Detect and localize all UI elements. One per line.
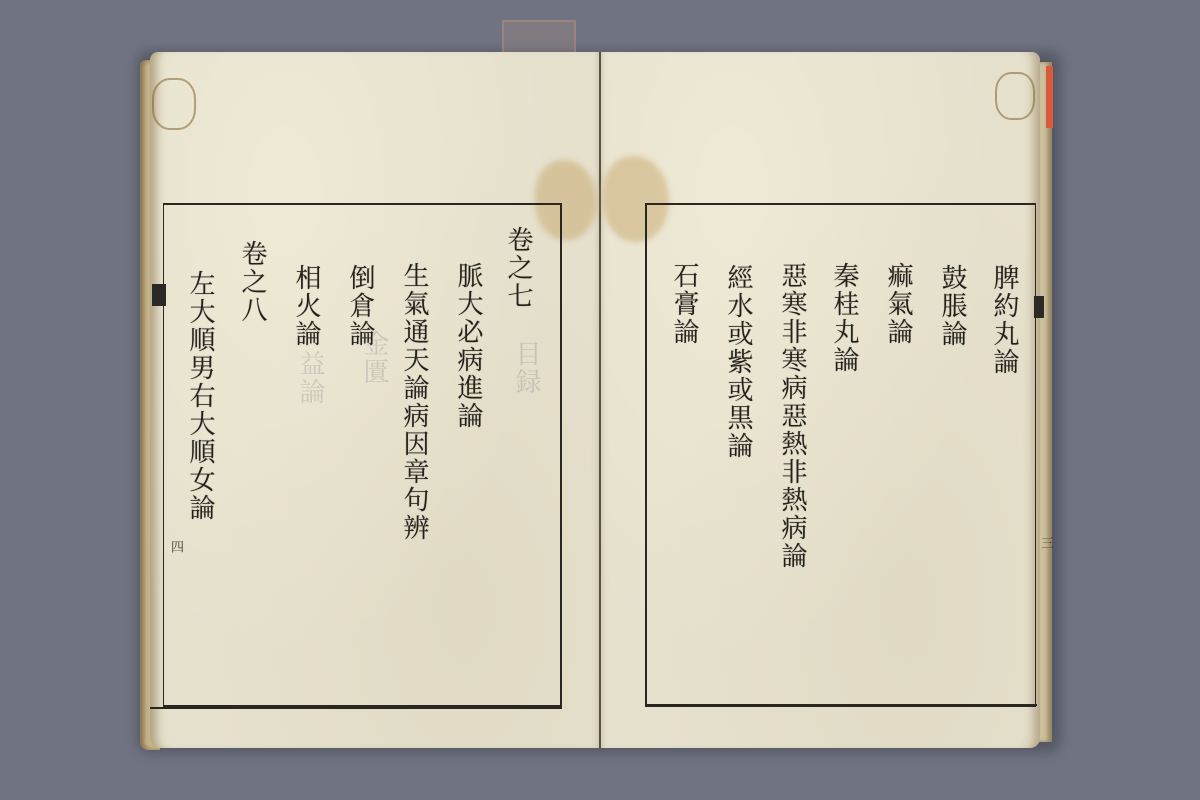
bottom-rule-right	[645, 704, 1037, 706]
toc-entry: 生氣通天論病因章句辨	[398, 262, 430, 542]
toc-entry: 經水或紫或黒論	[722, 264, 754, 460]
toc-entry: 惡寒非寒病惡熱非熱病論	[776, 262, 808, 570]
book-spine	[599, 52, 601, 748]
toc-entry: 痲氣論	[882, 262, 914, 346]
toc-entry: 秦桂丸論	[828, 262, 860, 374]
leaf-number-left: 四	[166, 540, 185, 554]
toc-entry: 倒倉論	[344, 264, 376, 348]
leaf-number-right: 三	[1036, 536, 1055, 550]
ghost-text: 目録	[510, 340, 542, 396]
bottom-rule-left	[150, 707, 562, 709]
red-bookmark-tab	[1046, 66, 1053, 128]
ghost-text: 益論	[294, 350, 326, 406]
toc-entry: 相火論	[290, 264, 322, 348]
volume-heading: 卷之七	[502, 226, 534, 310]
fishtail-marker-left	[152, 284, 166, 306]
toc-entry: 左大順男右大順女論	[184, 270, 216, 522]
toc-entry: 石膏論	[668, 262, 700, 346]
toc-entry: 脈大必病進論	[452, 262, 484, 430]
fishtail-marker-right	[1034, 296, 1044, 318]
toc-entry: 鼓脹論	[936, 264, 968, 348]
volume-heading: 卷之八	[236, 240, 268, 324]
worm-damage-left	[152, 78, 196, 130]
worm-damage-right	[995, 72, 1035, 120]
toc-entry: 脾約丸論	[988, 264, 1020, 376]
